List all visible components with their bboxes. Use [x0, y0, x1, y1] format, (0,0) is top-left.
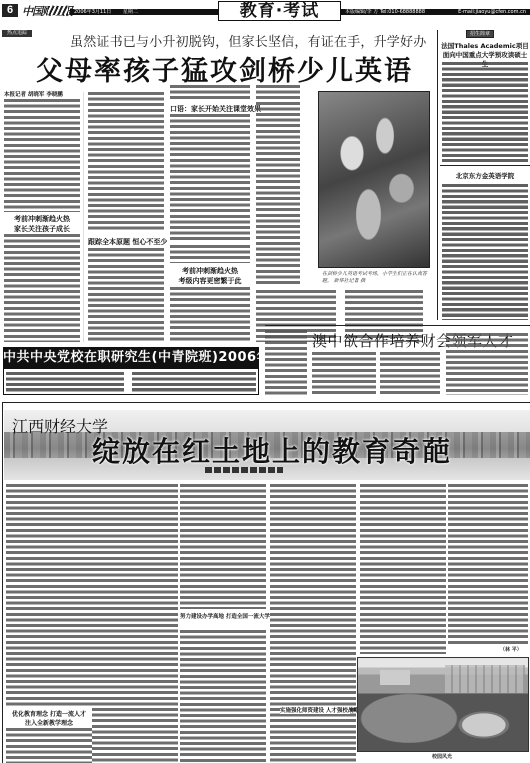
lead-body-col-1b: [4, 234, 80, 342]
issue-date: 2006年3月11日: [74, 9, 111, 15]
lead-body-col-3b: [170, 245, 250, 263]
feature-col-1: [6, 484, 92, 706]
sidebar-body: [442, 62, 528, 162]
author-credit: （林 平）: [500, 647, 522, 654]
ad-body-right: [132, 372, 256, 392]
feature-col-2: [92, 484, 178, 763]
mid-body-2: [380, 352, 440, 395]
photo-building-2: [380, 670, 410, 685]
feature-section-head: 实施强化师资建设 人才强校战略: [280, 706, 350, 714]
section-separator: [265, 325, 530, 326]
feature-headline[interactable]: 绽放在红土地上的教育奇葩: [92, 430, 452, 470]
photo-caption: 在剑桥少儿英语考试考场，小学生们正在认真答题。 新华社记者 摄: [322, 271, 432, 285]
lead-headline[interactable]: 父母率孩子猛攻剑桥少儿英语: [36, 49, 413, 88]
feature-col-4: [270, 484, 356, 763]
column-tag: 热点追踪: [2, 30, 32, 37]
sidebar-tag: 招生简章: [466, 30, 494, 38]
email-link[interactable]: E-mail:jiaoyu@cfen.com.cn: [458, 9, 526, 15]
feature-section-head: 努力建设办学高地 打造全国一流大学: [180, 612, 266, 620]
lead-body-col-2b: [88, 248, 164, 342]
page-number: 6: [2, 4, 18, 17]
lead-section-head: 跟踪全本原题 恒心不至少: [88, 237, 164, 247]
sidebar-title-3[interactable]: 北京东方金英语学院: [440, 172, 530, 181]
feature-col-5: [360, 484, 446, 654]
feature-section-head: 优化教育理念 打造一流人才: [6, 709, 92, 718]
sidebar-separator: [440, 165, 530, 166]
mid-body-3: [446, 333, 528, 395]
lead-section-head: 考级内容更密繁于此: [170, 276, 250, 286]
ad-body-left: [6, 372, 124, 392]
feature-col-3: [180, 484, 266, 609]
decorative-slashes: [48, 6, 68, 15]
mid-body-1: [312, 352, 376, 395]
photo2-caption: 校园风光: [432, 754, 452, 761]
photo-building: [445, 665, 525, 693]
mid-intro: [265, 330, 307, 395]
lead-subhead: 虽然证书已与小升初脱钩，但家长坚信，有证在手，升学好办: [70, 31, 426, 50]
sidebar-divider: [437, 30, 438, 320]
lead-section-head: 口语：家长开始关注课堂效果: [170, 104, 250, 114]
sidebar-title-1[interactable]: 法国Thales Academic项目: [440, 42, 530, 51]
editor-line: 本版编辑/李 方 Tel:010-68888888: [345, 9, 425, 15]
feature-section-head: 注入全新教学理念: [6, 718, 92, 727]
section-title: 教育·考试: [218, 1, 341, 21]
feature-col-3b: [180, 630, 266, 763]
feature-col-1b: [6, 728, 92, 763]
lead-body-col-3: [170, 114, 250, 242]
lead-body-col-4: [256, 85, 300, 285]
issue-weekday: 星期二: [123, 9, 138, 15]
caption-credit: 新华社记者 摄: [334, 278, 366, 284]
lead-section-head: 家长关注孩子成长: [4, 224, 80, 234]
lead-body-col-2: [88, 92, 164, 232]
editor-bar: 本版编辑/李 方 Tel:010-68888888 E-mail:jiaoyu@…: [341, 9, 530, 15]
lead-body-col-3a: [170, 85, 250, 101]
lead-body-col-3c: [170, 287, 250, 342]
date-bar: 2006年3月11日 星期二: [70, 9, 218, 15]
column-divider: [83, 92, 84, 342]
lead-section-head: 考前冲刺渐趋火热: [4, 214, 80, 224]
classroom-photo[interactable]: [318, 91, 430, 268]
lead-byline: 本报记者 胡晓军 李晓鹏: [4, 90, 63, 98]
lead-body-col-1: [4, 99, 80, 212]
lead-section-head: 考前冲刺渐趋火热: [170, 266, 250, 276]
feature-col-6: [448, 484, 528, 644]
banner-motto: [205, 467, 283, 473]
sidebar-body-2: [442, 184, 528, 320]
ad-title[interactable]: 中共中央党校在职研究生(中青院班)2006年招生简介: [3, 347, 259, 369]
